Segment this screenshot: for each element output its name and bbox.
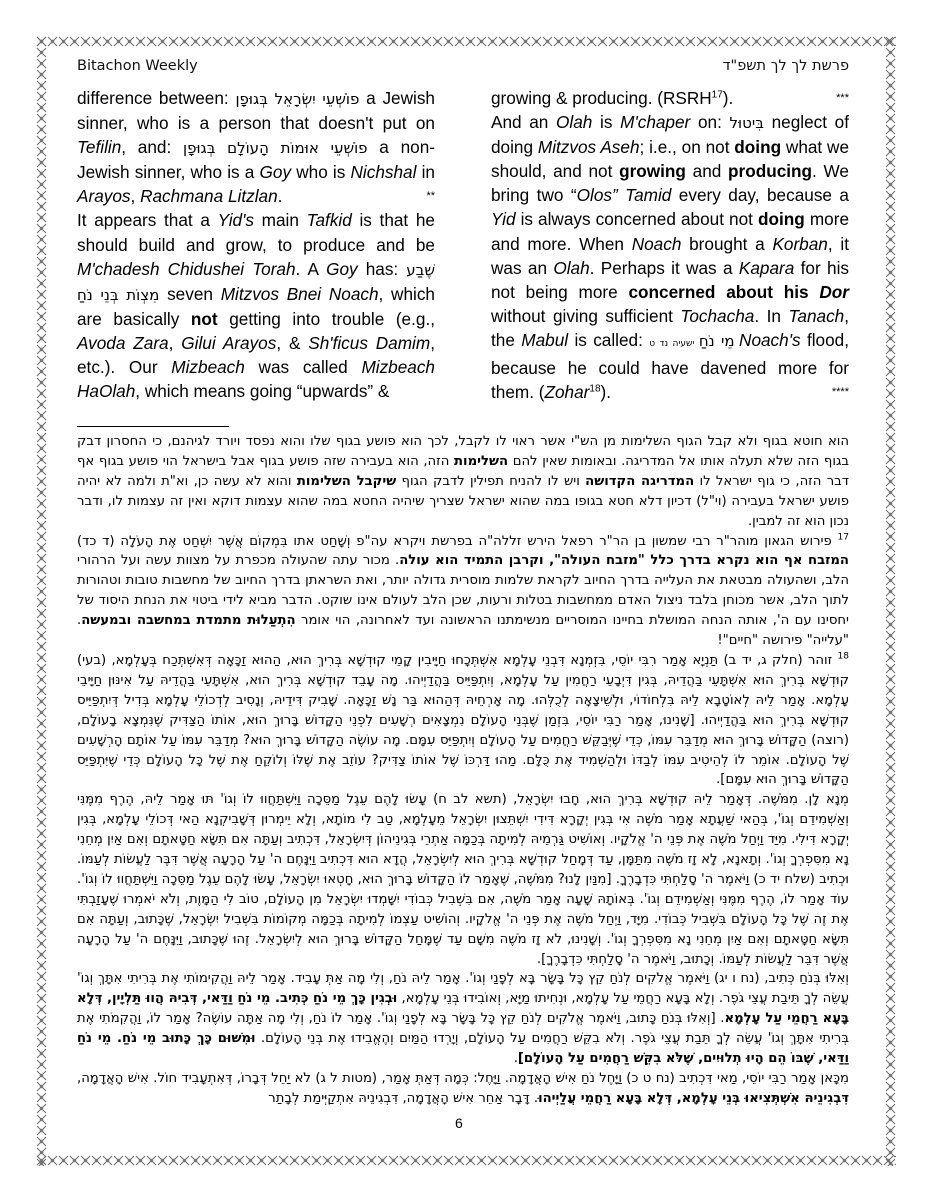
hebrew-term: פוֹשְׁעֵי יִשְׂרָאֵל בְּגוּפָן xyxy=(235,90,359,108)
term: Sh'ficus Damim xyxy=(308,333,430,353)
text: . דָּבָר אַחֵר אִישׁ הָאֲדָמָה, דִּבְגִי… xyxy=(268,1091,538,1106)
publication-title: Bitachon Weekly xyxy=(77,58,198,74)
term: Tafkid xyxy=(307,210,352,230)
paragraph: It appears that a Yid's main Tafkid is t… xyxy=(77,208,435,403)
term: Zohar xyxy=(544,382,589,402)
term: Goy xyxy=(326,259,358,279)
footnote-number: 17 xyxy=(838,532,849,542)
text: מְנָא לָן. מִמֹּשֶׁה. דְּאָמַר לֵיהּ קוּ… xyxy=(77,792,849,966)
term: Nichshal xyxy=(351,162,417,182)
text: every day, because a xyxy=(671,185,849,205)
term: Mabul xyxy=(521,330,568,350)
footnote-separator xyxy=(77,426,229,427)
text: , which means going “upwards” & xyxy=(135,381,389,401)
footnote-18-part: מְנָא לָן. מִמֹּשֶׁה. דְּאָמַר לֵיהּ קוּ… xyxy=(77,790,849,969)
hebrew-term: בִּיטוּל xyxy=(730,114,764,132)
text: . Perhaps it was a xyxy=(590,258,739,278)
left-column: difference between: פוֹשְׁעֵי יִשְׂרָאֵל… xyxy=(77,86,435,403)
footnote-ref-18[interactable]: 18 xyxy=(589,383,600,394)
text: in xyxy=(416,162,435,182)
text: ). xyxy=(723,88,734,108)
term: Noach's xyxy=(739,330,801,350)
page-number: 6 xyxy=(455,1115,463,1131)
footnotes-section: הוא חוטא בגוף ולא קבל הגוף השלימות מן הש… xyxy=(77,432,849,1109)
text: who is xyxy=(291,162,350,182)
section-break-stars: **** xyxy=(832,380,849,404)
term: Olos” Tamid xyxy=(577,185,672,205)
footnote-18-part: וְאִלּוּ בְּנֹחַ כְּתִיב, (נח ו יג) וַיֹ… xyxy=(77,969,849,1069)
text: is xyxy=(592,112,620,132)
term: Yid xyxy=(491,209,516,229)
emphasis: concerned about his xyxy=(628,282,819,302)
term: M'chadesh Chidushei Torah xyxy=(77,259,296,279)
text: brought a xyxy=(681,234,772,254)
term: Gilui Arayos xyxy=(181,333,276,353)
term: Olah xyxy=(556,112,592,132)
text: פירוש הגאון מוהר"ר רבי שמשון בן הר"ר רפא… xyxy=(77,534,838,549)
hebrew-term: מֵי נֹחַ xyxy=(699,332,735,350)
emphasis: not xyxy=(191,309,218,329)
text: difference between: xyxy=(77,88,235,108)
emphasis: שיקבל השלימות xyxy=(297,474,396,489)
emphasis: השלימות xyxy=(454,454,508,469)
text: on: xyxy=(690,112,729,132)
border-bottom xyxy=(36,1155,896,1166)
term: Mitzvos Aseh xyxy=(538,137,640,157)
text: main xyxy=(254,210,307,230)
term: M'chaper xyxy=(620,112,690,132)
right-column: growing & producing. (RSRH17).*** And an… xyxy=(491,86,849,404)
emphasis: doing xyxy=(734,137,781,157)
emphasis: דִּבְגִינֵיהּ אִשְׁתְּצִיאוּ בְּנֵי עָלְ… xyxy=(538,1091,849,1106)
paragraph: difference between: פוֹשְׁעֵי יִשְׂרָאֵל… xyxy=(77,86,435,208)
text: ). xyxy=(601,382,612,402)
footnote-17: 17 פירוש הגאון מוהר"ר רבי שמשון בן הר"ר … xyxy=(77,532,849,651)
term: Yid's xyxy=(218,210,254,230)
text: is always concerned about not xyxy=(516,209,758,229)
term: Olah xyxy=(553,258,589,278)
text: and xyxy=(686,161,728,181)
footnote-18: 18 זוהר (חלק ג, יד ב) תַּנְיָא אָמַר רִב… xyxy=(77,651,849,790)
term: Arayos xyxy=(77,186,131,206)
term: Rachmana Litzlan xyxy=(140,186,278,206)
emphasis: המדריגה הקדושה xyxy=(585,474,694,489)
term: Korban xyxy=(772,234,827,254)
emphasis: המזבח אף הוא נקרא בדרך כלל "מזבח העולה",… xyxy=(399,553,849,568)
text: has: xyxy=(358,259,407,279)
text: . A xyxy=(296,259,327,279)
term: Tefilin xyxy=(77,137,121,157)
section-break-stars: *** xyxy=(836,86,849,110)
border-left xyxy=(36,36,47,1166)
term: Noach xyxy=(632,234,682,254)
running-header: Bitachon Weekly פרשת לך לך תשפ"ד xyxy=(77,58,849,80)
section-break-stars: ** xyxy=(426,184,435,208)
paragraph: growing & producing. (RSRH17).*** xyxy=(491,86,849,110)
term: Kapara xyxy=(739,258,794,278)
text: is called: xyxy=(568,330,649,350)
footnote-continuation: הוא חוטא בגוף ולא קבל הגוף השלימות מן הש… xyxy=(77,432,849,532)
text: was called xyxy=(245,357,362,377)
border-right xyxy=(885,36,896,1166)
term: Mizbeach xyxy=(171,357,245,377)
text: growing & producing. (RSRH xyxy=(491,88,712,108)
text: , & xyxy=(276,333,308,353)
text: , xyxy=(131,186,141,206)
emphasis: הִתְעַלוּת מתמדת במחשבה ובמעשה xyxy=(81,613,295,628)
main-text-columns: difference between: פוֹשְׁעֵי יִשְׂרָאֵל… xyxy=(77,86,849,386)
footnote-18-part: מִכָּאן אָמַר רַבִּי יוֹסֵי, מַאי דִּכְת… xyxy=(77,1069,849,1109)
text: , and: xyxy=(121,137,183,157)
text: זוהר (חלק ג, יד ב) תַּנְיָא אָמַר רִבִּי… xyxy=(77,653,849,787)
term: Avoda Zara xyxy=(77,333,169,353)
text: It appears that a xyxy=(77,210,218,230)
text: And an xyxy=(491,112,556,132)
text: getting into trouble (e.g., xyxy=(218,309,435,329)
text: seven xyxy=(159,284,220,304)
emphasis: growing xyxy=(619,161,686,181)
text: without giving sufficient xyxy=(491,306,680,326)
hebrew-term: פוֹשְׁעֵי אוּמוֹת הָעוֹלָם בְּגוּפָן xyxy=(183,139,368,157)
emphasis: doing xyxy=(758,209,805,229)
emphasis: producing xyxy=(728,161,812,181)
footnote-ref-17[interactable]: 17 xyxy=(712,89,723,100)
parsha-title: פרשת לך לך תשפ"ד xyxy=(723,58,849,74)
text: ; i.e., on not xyxy=(640,137,735,157)
term: Goy xyxy=(260,162,292,182)
footnote-number: 18 xyxy=(838,652,849,662)
term: Tochacha xyxy=(680,306,754,326)
term: Tanach xyxy=(788,306,844,326)
border-top xyxy=(36,36,896,47)
text: , xyxy=(169,333,182,353)
text: מִכָּאן אָמַר רַבִּי יוֹסֵי, מַאי דִּכְת… xyxy=(77,1071,849,1086)
text: ויש לו להניח תפילין לדבק הגוף xyxy=(396,474,585,489)
term: Mitzvos Bnei Noach xyxy=(221,284,379,304)
text: . xyxy=(278,186,283,206)
emphasis-term: Dor xyxy=(819,282,849,302)
paragraph: And an Olah is M'chaper on: בִּיטוּל neg… xyxy=(491,110,849,404)
text: . In xyxy=(754,306,788,326)
